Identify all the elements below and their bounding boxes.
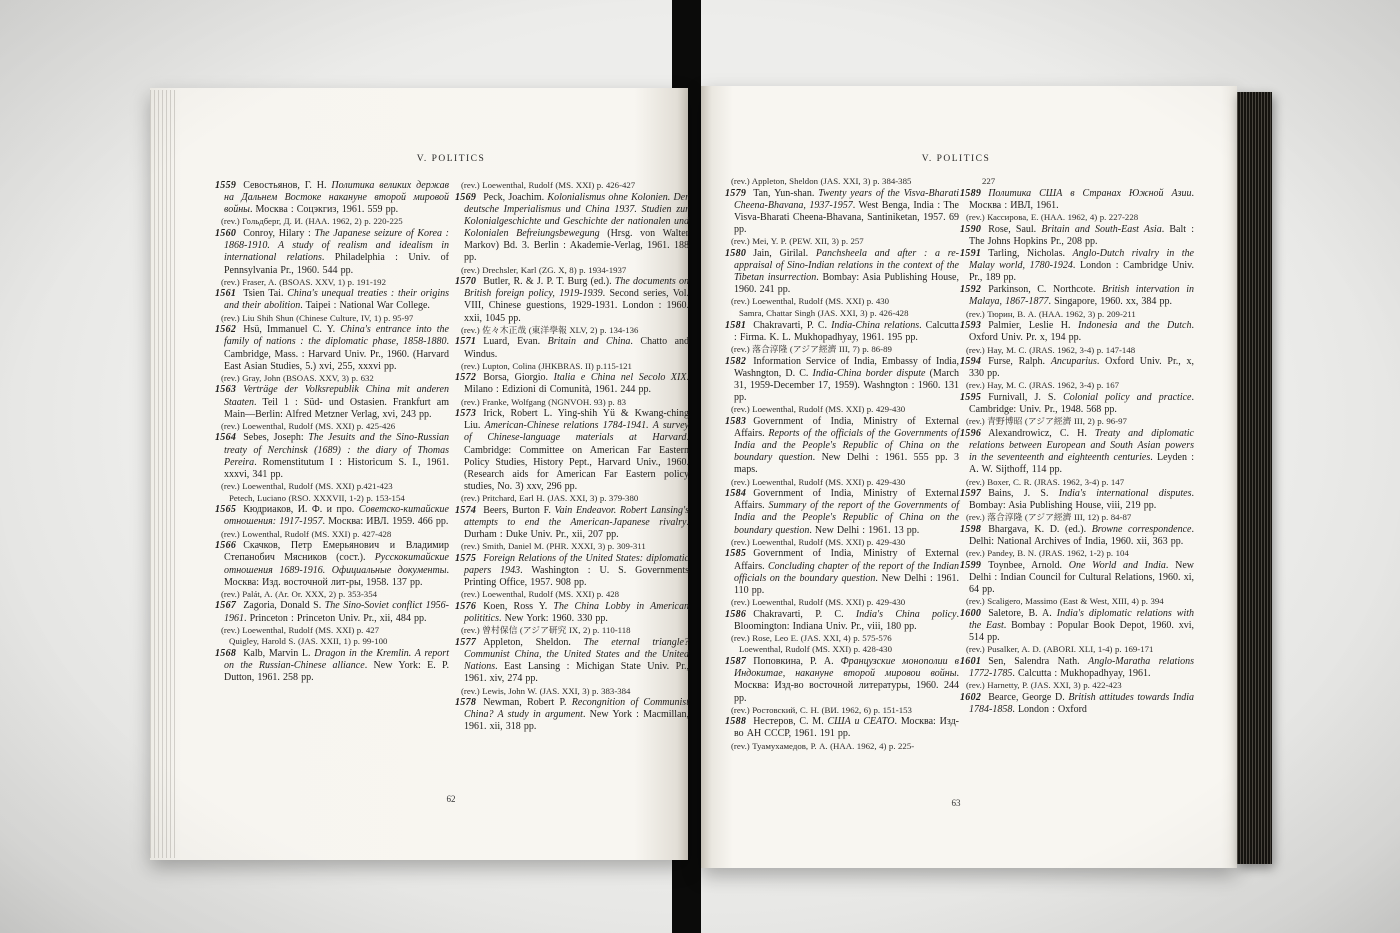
entry-number: 1580: [725, 248, 753, 259]
entry-number: 1559: [215, 180, 243, 191]
bib-entry-1602: 1602Bearce, George D. British attitudes …: [960, 692, 1194, 716]
review-line: Quigley, Harold S. (JAS. XXII, 1) p. 99-…: [215, 636, 449, 648]
bib-entry-1590: 1590Rose, Saul. Britain and South-East A…: [960, 224, 1194, 248]
review-line: Petech, Luciano (RSO. XXXVII, 1-2) p. 15…: [215, 493, 449, 505]
bib-entry-1559: 1559Севостьянов, Г. Н. Политика великих …: [215, 180, 449, 216]
review-line: (rev.) Loewenthal, Rudolf (MS. XXI) p. 4…: [215, 421, 449, 433]
entry-text: Butler, R. & J. P. T. Burg (ed.).: [483, 276, 615, 287]
entry-number: 1572: [455, 372, 483, 383]
review-line: (rev.) Pandey, B. N. (JRAS. 1962, 1-2) p…: [960, 548, 1194, 560]
review-line: (rev.) Palát, A. (Ar. Or. XXX, 2) p. 353…: [215, 589, 449, 601]
entry-title: One World and India: [1069, 560, 1166, 571]
entry-number: 1581: [725, 320, 753, 331]
entry-text: Нестеров, С. М.: [753, 716, 827, 727]
entry-number: 1593: [960, 320, 988, 331]
bib-entry-1564: 1564Sebes, Joseph: The Jesuits and the S…: [215, 432, 449, 481]
bib-entry-1578: 1578Newman, Robert P. Recongnition of Co…: [455, 697, 689, 733]
entry-text: . East Lansing : Michigan State Univ. Pr…: [464, 661, 689, 684]
review-line: (rev.) Mei, Y. P. (PEW. XII, 3) p. 257: [725, 236, 959, 248]
bib-entry-1565: 1565Кюдриаков, И. Ф. и про. Советско-кит…: [215, 504, 449, 528]
bib-entry-1598: 1598Bhargava, K. D. (ed.). Browne corres…: [960, 524, 1194, 548]
entry-title: Britain and South-East Asia: [1041, 224, 1161, 235]
bibliography-column-4: 2271589Политика США в Странах Южной Азии…: [960, 176, 1194, 716]
bib-entry-1601: 1601Sen, Salendra Nath. Anglo-Maratha re…: [960, 656, 1194, 680]
book-page-left: V. POLITICS 1559Севостьянов, Г. Н. Полит…: [150, 88, 688, 860]
entry-number: 1560: [215, 228, 243, 239]
bib-entry-1582: 1582Information Service of India, Embass…: [725, 356, 959, 405]
entry-number: 1589: [960, 188, 988, 199]
entry-text: Hsü, Immanuel C. Y.: [243, 324, 340, 335]
running-head-right: V. POLITICS: [725, 154, 1187, 164]
review-line: (rev.) Pritchard, Earl H. (JAS. XXI, 3) …: [455, 493, 689, 505]
entry-number: 1562: [215, 324, 243, 335]
bib-entry-1575: 1575Foreign Relations of the United Stat…: [455, 553, 689, 589]
entry-number: 1564: [215, 432, 243, 443]
entry-text: Furse, Ralph.: [988, 356, 1051, 367]
entry-text: . Taipei : National War College.: [300, 300, 430, 311]
review-line: (rev.) 落合淳隆 (アジア經濟 III, 7) p. 86-89: [725, 344, 959, 356]
entry-text: Chakravarti, P. C.: [753, 609, 856, 620]
running-head-left: V. POLITICS: [215, 154, 687, 164]
entry-text: Newman, Robert P.: [483, 697, 572, 708]
bib-entry-1594: 1594Furse, Ralph. Ancuparius. Oxford Uni…: [960, 356, 1194, 380]
bibliography-column-2: (rev.) Loewenthal, Rudolf (MS. XXI) p. 4…: [455, 180, 689, 734]
bib-entry-1583: 1583Government of India, Ministry of Ext…: [725, 416, 959, 477]
entry-text: Parkinson, C. Northcote.: [988, 284, 1102, 295]
entry-text: Conroy, Hilary :: [243, 228, 314, 239]
review-line: (rev.) Lupton, Colina (JHKBRAS. II) p.11…: [455, 361, 689, 373]
page-number-left: 62: [215, 794, 687, 804]
entry-number: 1563: [215, 384, 243, 395]
bib-entry-1562: 1562Hsü, Immanuel C. Y. China's entrance…: [215, 324, 449, 373]
page-number-right: 63: [725, 798, 1187, 808]
bib-entry-1591: 1591Tarling, Nicholas. Anglo-Dutch rival…: [960, 248, 1194, 284]
entry-text: . Москва : Соцэкгиз, 1961. 559 pp.: [250, 204, 398, 215]
entry-number: 1577: [455, 637, 483, 648]
entry-number: 1561: [215, 288, 243, 299]
entry-number: 1569: [455, 192, 483, 203]
book-page-right: V. POLITICS (rev.) Appleton, Sheldon (JA…: [701, 86, 1237, 868]
bib-entry-1572: 1572Borsa, Giorgio. Italia e China nel S…: [455, 372, 689, 396]
review-line: (rev.) Loewenthal, Rudolf (MS. XXI) p.42…: [215, 481, 449, 493]
bib-entry-1587: 1587Поповкина, Р. А. Французские монопол…: [725, 656, 959, 705]
entry-number: 1567: [215, 600, 243, 611]
bib-entry-1570: 1570Butler, R. & J. P. T. Burg (ed.). Th…: [455, 276, 689, 325]
entry-number: 1582: [725, 356, 753, 367]
review-line: (rev.) 落合淳隆 (アジア經濟 III, 12) p. 84-87: [960, 512, 1194, 524]
entry-text: Appleton, Sheldon.: [483, 637, 583, 648]
entry-number: 1571: [455, 336, 483, 347]
entry-number: 1590: [960, 224, 988, 235]
review-line: (rev.) Fraser, A. (BSOAS. XXV, 1) p. 191…: [215, 277, 449, 289]
entry-number: 1588: [725, 716, 753, 727]
entry-text: Rose, Saul.: [988, 224, 1041, 235]
entry-text: Sebes, Joseph:: [243, 432, 308, 443]
review-line: (rev.) Franke, Wolfgang (NGNVOH. 93) p. …: [455, 397, 689, 409]
review-line: (rev.) Liu Shih Shun (Chinese Culture, I…: [215, 313, 449, 325]
bib-entry-1576: 1576Koen, Ross Y. The China Lobby in Ame…: [455, 601, 689, 625]
entry-text: Koen, Ross Y.: [483, 601, 553, 612]
bibliography-column-3: (rev.) Appleton, Sheldon (JAS. XXI, 3) p…: [725, 176, 959, 752]
entry-title: India-China border dispute: [813, 368, 926, 379]
entry-number: 1579: [725, 188, 753, 199]
review-line: (rev.) Rose, Leo E. (JAS. XXI, 4) p. 575…: [725, 633, 959, 645]
entry-text: Поповкина, Р. А.: [753, 656, 840, 667]
bib-entry-1593: 1593Palmier, Leslie H. Indonesia and the…: [960, 320, 1194, 344]
entry-text: Kalb, Marvin L.: [243, 648, 314, 659]
entry-text: Zagoria, Donald S.: [243, 600, 325, 611]
entry-number: 1576: [455, 601, 483, 612]
entry-text: . London : Oxford: [1012, 704, 1087, 715]
review-line: (rev.) 佐々木正哉 (東洋學報 XLV, 2) p. 134-136: [455, 325, 689, 337]
review-line: (rev.) Тюрин, В. А. (НАА. 1962, 3) p. 20…: [960, 309, 1194, 321]
review-line: (rev.) Туамухамедов, Р. А. (НАА. 1962, 4…: [725, 741, 959, 753]
entry-text: Luard, Evan.: [483, 336, 547, 347]
review-line: (rev.) Loewenthal, Rudolf (MS. XXI) p. 4…: [725, 537, 959, 549]
entry-text: . Москва: ИВЛ. 1959. 466 pp.: [323, 516, 449, 527]
entry-number: 1595: [960, 392, 988, 403]
entry-text: Palmier, Leslie H.: [988, 320, 1078, 331]
entry-number: 1565: [215, 504, 243, 515]
entry-text: . Princeton : Princeton Univ. Pr., xii, …: [244, 613, 426, 624]
entry-text: Bhargava, K. D. (ed.).: [988, 524, 1091, 535]
entry-number: 1583: [725, 416, 753, 427]
review-line: (rev.) Boxer, C. R. (JRAS. 1962, 3-4) p.…: [960, 477, 1194, 489]
review-line: (rev.) Loewenthal, Rudolf (MS. XXI) p. 4…: [725, 477, 959, 489]
entry-text: Toynbee, Arnold.: [988, 560, 1069, 571]
entry-number: 1592: [960, 284, 988, 295]
entry-number: 1591: [960, 248, 988, 259]
entry-text: . Calcutta : Mukhopadhyay, 1961.: [1012, 668, 1150, 679]
entry-title: India's international disputes: [1059, 488, 1192, 499]
bib-entry-1592: 1592Parkinson, C. Northcote. British int…: [960, 284, 1194, 308]
bib-entry-1579: 1579Tan, Yun-shan. Twenty years of the V…: [725, 188, 959, 237]
entry-title: Политика США в Странах Южной Азии: [988, 188, 1191, 199]
bib-entry-1589: 1589Политика США в Странах Южной Азии. М…: [960, 188, 1194, 212]
entry-text: Beers, Burton F.: [483, 505, 554, 516]
review-line: (rev.) Hay, M. C. (JRAS. 1962, 3-4) p. 1…: [960, 345, 1194, 357]
review-line: (rev.) Loewenthal, Rudolf (MS. XXI) p. 4…: [725, 296, 959, 308]
entry-title: India's China policy: [856, 609, 957, 620]
entry-number: 1578: [455, 697, 483, 708]
review-line: (rev.) Lewis, John W. (JAS. XXI, 3) p. 3…: [455, 686, 689, 698]
bib-entry-1563: 1563Verträge der Volksrepublik China mit…: [215, 384, 449, 420]
entry-title: Colonial policy and practice: [1063, 392, 1191, 403]
entry-text: . New York: 1960. 330 pp.: [499, 613, 608, 624]
bib-entry-1567: 1567Zagoria, Donald S. The Sino-Soviet c…: [215, 600, 449, 624]
bib-entry-1569: 1569Peck, Joachim. Kolonialismus ohne Ko…: [455, 192, 689, 265]
bib-entry-1596: 1596Alexandrowicz, C. H. Treaty and dipl…: [960, 428, 1194, 477]
bib-entry-1600: 1600Saletore, B. A. India's diplomatic r…: [960, 608, 1194, 644]
bib-entry-1586: 1586Chakravarti, P. C. India's China pol…: [725, 609, 959, 633]
entry-number: 1587: [725, 656, 753, 667]
entry-text: Tsien Tai.: [243, 288, 287, 299]
entry-text: Tan, Yun-shan.: [753, 188, 818, 199]
review-line: (rev.) Ростовский, С. Н. (ВИ. 1962, 6) p…: [725, 705, 959, 717]
entry-text: Peck, Joachim.: [483, 192, 547, 203]
entry-number: 1575: [455, 553, 483, 564]
review-line: (rev.) Гольдберг, Д. И. (НАА. 1962, 2) p…: [215, 216, 449, 228]
entry-number: 1601: [960, 656, 988, 667]
entry-number: 1596: [960, 428, 988, 439]
entry-text: Alexandrowicz, C. H.: [988, 428, 1095, 439]
review-line: Loewenthal, Rudolf (MS. XXI) p. 428-430: [725, 644, 959, 656]
entry-number: 1598: [960, 524, 988, 535]
bib-entry-1560: 1560Conroy, Hilary : The Japanese seizur…: [215, 228, 449, 277]
bib-entry-1581: 1581Chakravarti, P. C. India-China relat…: [725, 320, 959, 344]
entry-text: Saletore, B. A.: [988, 608, 1057, 619]
entry-title: Indonesia and the Dutch: [1078, 320, 1192, 331]
review-line: (rev.) Кассирова, Е. (НАА. 1962, 4) p. 2…: [960, 212, 1194, 224]
bib-entry-1574: 1574Beers, Burton F. Vain Endeavor. Robe…: [455, 505, 689, 541]
entry-number: 1599: [960, 560, 988, 571]
entry-text: Jain, Girilal.: [753, 248, 816, 259]
bibliography-column-1: 1559Севостьянов, Г. Н. Политика великих …: [215, 180, 449, 684]
bib-entry-1571: 1571Luard, Evan. Britain and China. Chat…: [455, 336, 689, 360]
review-line: (rev.) Loewenthal, Rudolf (MS. XXI) p. 4…: [725, 597, 959, 609]
bib-entry-1597: 1597Bains, J. S. India's international d…: [960, 488, 1194, 512]
review-line: (rev.) Lowenthal, Rudolf (MS. XXI) p. 42…: [215, 529, 449, 541]
scanned-book-photo: { "book": { "pages": [ { "side": "left",…: [0, 0, 1400, 933]
entry-title: Italia e China nel Secolo XIX: [554, 372, 687, 383]
bib-entry-1585: 1585Government of India, Ministry of Ext…: [725, 548, 959, 597]
bib-entry-1595: 1595Furnivall, J. S. Colonial policy and…: [960, 392, 1194, 416]
bib-entry-1588: 1588Нестеров, С. М. США и СЕАТО. Москва:…: [725, 716, 959, 740]
page-edge-stack-left-icon: [150, 90, 178, 858]
entry-number: 1574: [455, 505, 483, 516]
review-line: (rev.) Loewenthal, Rudolf (MS. XXI) p. 4…: [455, 589, 689, 601]
entry-text: Borsa, Giorgio.: [483, 372, 553, 383]
entry-number: 1573: [455, 408, 483, 419]
entry-title: Browne correspondence: [1092, 524, 1192, 535]
entry-title: США и СЕАТО: [827, 716, 894, 727]
entry-text: Sen, Salendra Nath.: [988, 656, 1088, 667]
entry-text: Bearce, George D.: [988, 692, 1068, 703]
review-line: (rev.) Hay, M. C. (JRAS. 1962, 3-4) p. 1…: [960, 380, 1194, 392]
entry-number: 1586: [725, 609, 753, 620]
entry-number: 1594: [960, 356, 988, 367]
review-line: (rev.) Harnetty, P. (JAS. XXI, 3) p. 422…: [960, 680, 1194, 692]
entry-text: . Teil 1 : Süd- und Ostasien. Frankfurt …: [224, 397, 449, 420]
entry-number: 1585: [725, 548, 753, 559]
entry-text: . New Delhi : 1961. 13 pp.: [809, 525, 919, 536]
entry-text: Севостьянов, Г. Н.: [243, 180, 331, 191]
bib-entry-1573: 1573Irick, Robert L. Ying-shih Yü & Kwan…: [455, 408, 689, 493]
entry-number: 1600: [960, 608, 988, 619]
review-line: (rev.) 曾村保信 (アジア研究 IX, 2) p. 110-118: [455, 625, 689, 637]
entry-text: . Romenstitutum I : Historicum S. I., 19…: [224, 457, 449, 480]
entry-number: 1584: [725, 488, 753, 499]
entry-number: 1566: [215, 540, 243, 551]
entry-text: Tarling, Nicholas.: [988, 248, 1072, 259]
review-line: (rev.) Gray, John (BSOAS. XXV, 3) p. 632: [215, 373, 449, 385]
bib-entry-1561: 1561Tsien Tai. China's unequal treaties …: [215, 288, 449, 312]
review-line: (rev.) Pusalker, A. D. (ABORI. XLI, 1-4)…: [960, 644, 1194, 656]
entry-text: Bains, J. S.: [988, 488, 1059, 499]
entry-number: 1602: [960, 692, 988, 703]
entry-text: Furnivall, J. S.: [988, 392, 1063, 403]
review-line: Samra, Chattar Singh (JAS. XXI, 3) p. 42…: [725, 308, 959, 320]
review-line: (rev.) Loewenthal, Rudolf (MS. XXI) p. 4…: [215, 625, 449, 637]
page-edge-stack-right-icon: [1237, 92, 1272, 864]
entry-number: 1597: [960, 488, 988, 499]
carryover-line: (rev.) Appleton, Sheldon (JAS. XXI, 3) p…: [725, 176, 959, 188]
review-line: (rev.) Drechsler, Karl (ZG. X, 8) p. 193…: [455, 265, 689, 277]
entry-text: . Singapore, 1960. xx, 384 pp.: [1048, 296, 1172, 307]
entry-text: Chakravarti, P. C.: [753, 320, 831, 331]
carryover-line: (rev.) Loewenthal, Rudolf (MS. XXI) p. 4…: [455, 180, 689, 192]
bib-entry-1580: 1580Jain, Girilal. Panchsheela and after…: [725, 248, 959, 297]
bib-entry-1568: 1568Kalb, Marvin L. Dragon in the Kremli…: [215, 648, 449, 684]
entry-number: 1570: [455, 276, 483, 287]
entry-title: Britain and China: [548, 336, 631, 347]
review-line: (rev.) Smith, Daniel M. (PHR. XXXI, 3) p…: [455, 541, 689, 553]
review-line: (rev.) Scaligero, Massimo (East & West, …: [960, 596, 1194, 608]
bib-entry-1584: 1584Government of India, Ministry of Ext…: [725, 488, 959, 537]
entry-title: Ancuparius: [1051, 356, 1097, 367]
entry-number: 1568: [215, 648, 243, 659]
carryover-line: 227: [960, 176, 1194, 188]
bib-entry-1577: 1577Appleton, Sheldon. The eternal trian…: [455, 637, 689, 686]
bib-entry-1599: 1599Toynbee, Arnold. One World and India…: [960, 560, 1194, 596]
review-line: (rev.) 青野博昭 (アジア經濟 III, 2) p. 96-97: [960, 416, 1194, 428]
entry-text: Кюдриаков, И. Ф. и про.: [243, 504, 359, 515]
review-line: (rev.) Loewenthal, Rudolf (MS. XXI) p. 4…: [725, 404, 959, 416]
entry-title: India-China relations: [831, 320, 919, 331]
bib-entry-1566: 1566Скачков, Петр Емерьянович и Владимир…: [215, 540, 449, 589]
entry-title: American-Chinese relations 1784-1941. A …: [464, 420, 689, 443]
